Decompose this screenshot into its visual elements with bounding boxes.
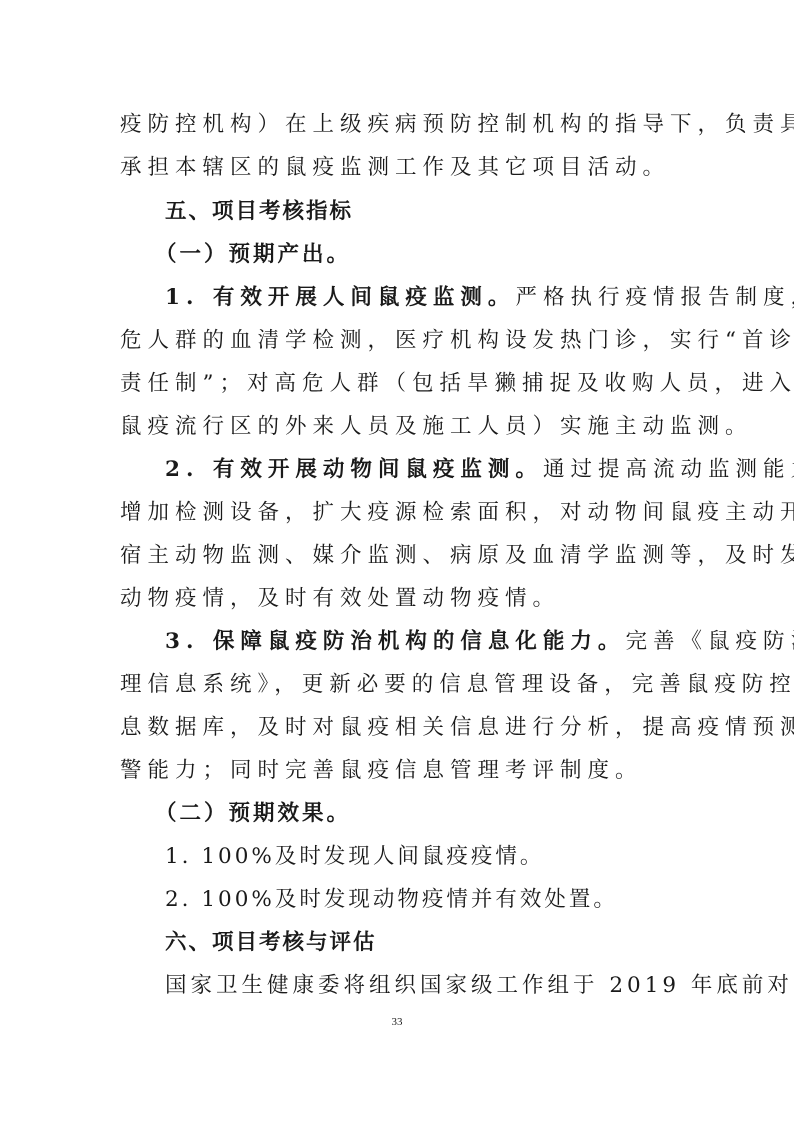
paragraph-line: 危人群的血清学检测，医疗机构设发热门诊，实行“首诊医生 — [120, 327, 680, 355]
paragraph-line: 理信息系统》，更新必要的信息管理设备，完善鼠疫防控信 — [120, 671, 680, 699]
paragraph-line: 息数据库，及时对鼠疫相关信息进行分析，提高疫情预测预 — [120, 714, 680, 742]
paragraph-line: 宿主动物监测、媒介监测、病原及血清学监测等，及时发现 — [120, 542, 680, 570]
paragraph-line: 承担本辖区的鼠疫监测工作及其它项目活动。 — [120, 154, 680, 182]
item-1-lead: 1. 有效开展人间鼠疫监测。 — [165, 285, 515, 310]
paragraph-line: 疫防控机构）在上级疾病预防控制机构的指导下，负责具体 — [120, 111, 680, 139]
item-2-first-line: 2. 有效开展动物间鼠疫监测。通过提高流动监测能力， — [165, 456, 680, 484]
paragraph-line: 鼠疫流行区的外来人员及施工人员）实施主动监测。 — [120, 413, 680, 441]
paragraph-line: 动物疫情，及时有效处置动物疫情。 — [120, 585, 680, 613]
item-2-rest: 通过提高流动监测能力， — [543, 457, 794, 482]
item-2-lead: 2. 有效开展动物间鼠疫监测。 — [165, 457, 543, 482]
item-3-first-line: 3. 保障鼠疫防治机构的信息化能力。完善《鼠疫防治管 — [165, 628, 680, 656]
paragraph-line: 增加检测设备，扩大疫源检索面积，对动物间鼠疫主动开展 — [120, 499, 680, 527]
effect-item-2: 2. 100%及时发现动物疫情并有效处置。 — [165, 886, 680, 914]
document-page: 疫防控机构）在上级疾病预防控制机构的指导下，负责具体 承担本辖区的鼠疫监测工作及… — [0, 0, 794, 1122]
effect-item-1: 1. 100%及时发现人间鼠疫疫情。 — [165, 843, 680, 871]
paragraph-line: 警能力；同时完善鼠疫信息管理考评制度。 — [120, 757, 680, 785]
subsection-heading-expected-output: （一）预期产出。 — [155, 241, 670, 269]
section-heading-5: 五、项目考核指标 — [165, 198, 680, 226]
paragraph-line: 责任制”；对高危人群（包括旱獭捕捉及收购人员，进入动物 — [120, 370, 680, 398]
item-1-first-line: 1. 有效开展人间鼠疫监测。严格执行疫情报告制度，高 — [165, 284, 680, 312]
item-3-rest: 完善《鼠疫防治管 — [625, 629, 794, 654]
item-1-rest: 严格执行疫情报告制度，高 — [515, 285, 794, 310]
paragraph-line: 国家卫生健康委将组织国家级工作组于 2019 年底前对 — [165, 972, 680, 1000]
page-number: 33 — [0, 1016, 794, 1028]
subsection-heading-expected-effect: （二）预期效果。 — [155, 800, 670, 828]
section-heading-6: 六、项目考核与评估 — [165, 929, 680, 957]
item-3-lead: 3. 保障鼠疫防治机构的信息化能力。 — [165, 629, 625, 654]
